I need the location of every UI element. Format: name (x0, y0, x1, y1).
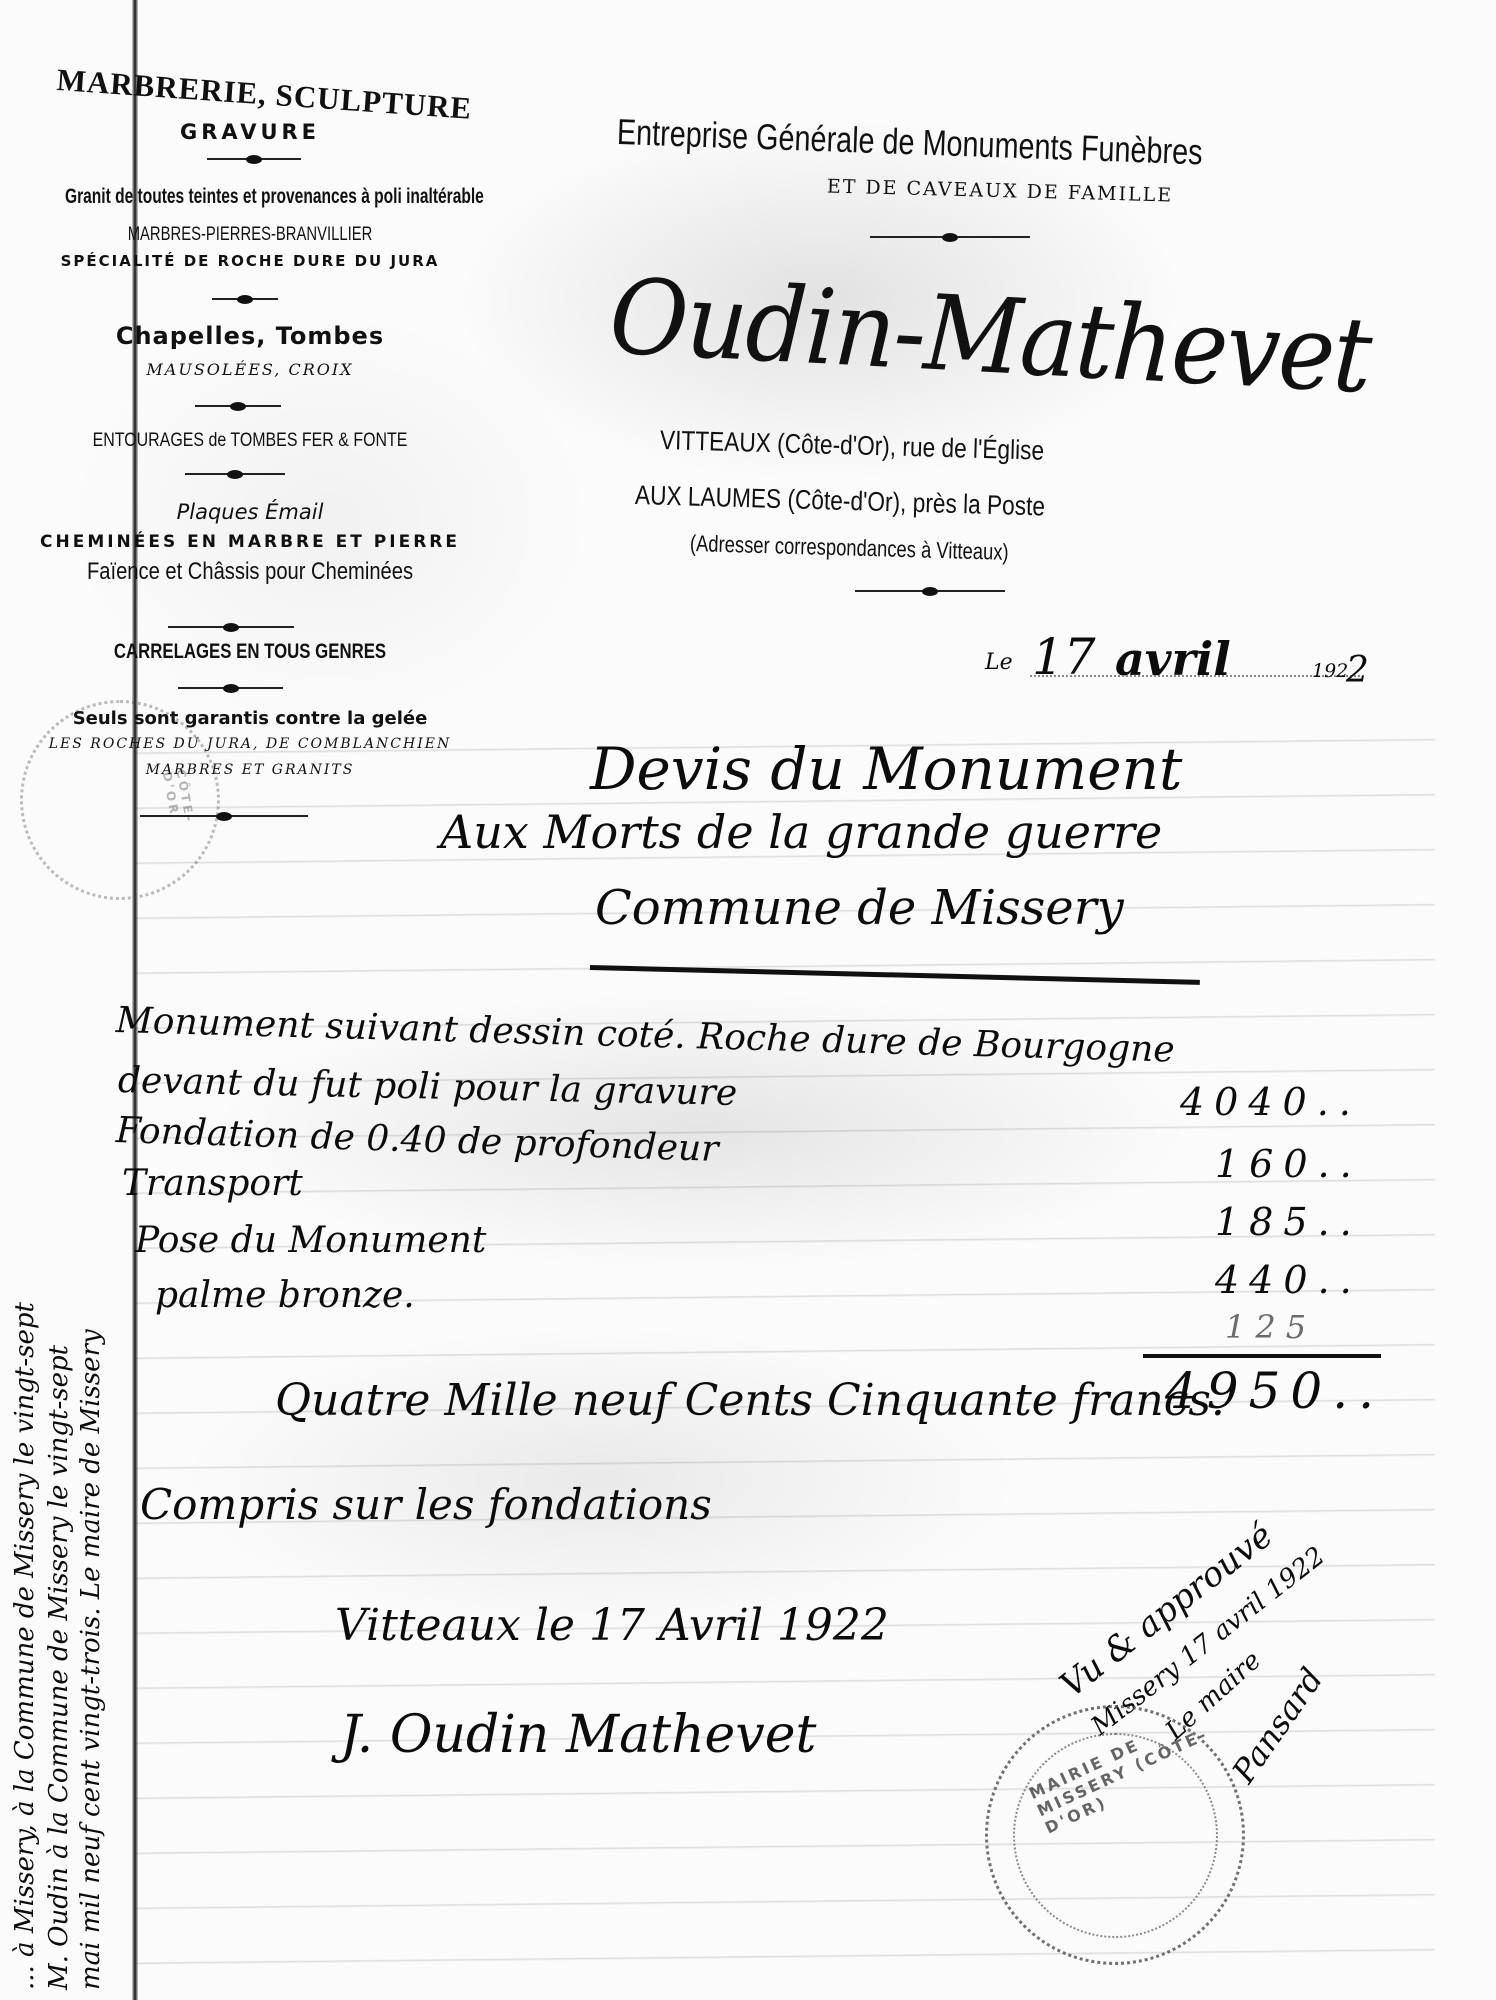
letterhead-left-title: MARBRERIE, SCULPTURE (29, 60, 500, 129)
mairie-stamp: MAIRIE DE MISSERY (CÔTE-D'OR) (985, 1705, 1245, 1965)
line-item-description: devant du fut poli pour la gravure (118, 1060, 738, 1114)
quote-title-3: Commune de Missery (595, 880, 1124, 936)
letterhead-left-subtitle: GRAVURE (0, 120, 500, 144)
document-page: MARBRERIE, SCULPTURE GRAVURE Granit de t… (0, 0, 1496, 2000)
divider (168, 626, 294, 628)
quote-title-2: Aux Morts de la grande guerre (440, 805, 1162, 859)
line-item-amount: 440.. (1215, 1258, 1362, 1302)
company-name: Oudin-Mathevet (607, 255, 1373, 417)
faience-line: Faïence et Châssis pour Cheminées (40, 558, 460, 586)
left-faded-stamp: CÔTE-D'OR (20, 700, 220, 900)
total-rule (1143, 1354, 1381, 1358)
line-item-description: palme bronze. (155, 1275, 415, 1316)
company-type: Entreprise Générale de Monuments Funèbre… (589, 110, 1230, 174)
divider (212, 298, 278, 300)
cheminees-line: CHEMINÉES EN MARBRE ET PIERRE (0, 532, 500, 552)
line-item-amount: 160.. (1215, 1142, 1362, 1186)
address-2: AUX LAUMES (Côte-d'Or), près la Poste (635, 480, 1224, 527)
mausolees-line: MAUSOLÉES, CROIX (0, 360, 500, 379)
line-item-amount: 185.. (1215, 1200, 1362, 1244)
contractor-signature: J. Oudin Mathevet (340, 1705, 816, 1765)
total-in-words: Quatre Mille neuf Cents Cinquante francs… (275, 1375, 1225, 1426)
line-item-description: Transport (122, 1163, 303, 1204)
date-day: 17 (1032, 628, 1096, 686)
line-item-amount: 4040.. (1180, 1080, 1361, 1124)
quote-title-1: Devis du Monument (590, 735, 1182, 803)
signed-place-date: Vitteaux le 17 Avril 1922 (335, 1600, 889, 1651)
date-year-printed: 192 (1312, 660, 1348, 682)
quote-note: Compris sur les fondations (140, 1480, 712, 1529)
line-item-amount: 125 (1225, 1308, 1316, 1346)
margin-note-line-1: ... à Missery, à la Commune de Missery l… (10, 1302, 40, 1990)
divider (195, 405, 281, 407)
plaques-line: Plaques Émail (0, 500, 500, 524)
divider (207, 158, 301, 160)
title-underline (590, 965, 1200, 985)
specialite-line: SPÉCIALITÉ DE ROCHE DURE DU JURA (0, 252, 500, 270)
carrelages-line: CARRELAGES EN TOUS GENRES (50, 640, 450, 664)
marbres-line: MARBRES-PIERRES-BRANVILLIER (55, 224, 445, 246)
divider (185, 473, 285, 475)
divider (870, 236, 1030, 238)
margin-note-line-2: M. Oudin à la Commune de Missery le ving… (44, 1345, 74, 1990)
chapelles-line: Chapelles, Tombes (0, 322, 500, 350)
date-prefix: Le (985, 650, 1013, 675)
line-item-description: Pose du Monument (135, 1220, 486, 1261)
line-item-description: Fondation de 0.40 de profondeur (115, 1110, 719, 1170)
granit-line: Granit de toutes teintes et provenances … (65, 185, 435, 209)
company-type-sub: ET DE CAVEAUX DE FAMILLE (740, 173, 1260, 209)
entourages-line: ENTOURAGES de TOMBES FER & FONTE (40, 430, 460, 452)
line-item-description: Monument suivant dessin coté. Roche dure… (115, 1000, 1175, 1071)
margin-note-line-3: mai mil neuf cent vingt-trois. Le maire … (76, 1329, 106, 1990)
date-month: avril (1115, 632, 1231, 686)
address-1: VITTEAUX (Côte-d'Or), rue de l'Église (660, 425, 1198, 471)
divider (855, 590, 1005, 592)
date-year-written: 2 (1346, 650, 1369, 691)
correspondence-note: (Adresser correspondances à Vitteaux) (690, 530, 1171, 570)
divider (178, 687, 283, 689)
